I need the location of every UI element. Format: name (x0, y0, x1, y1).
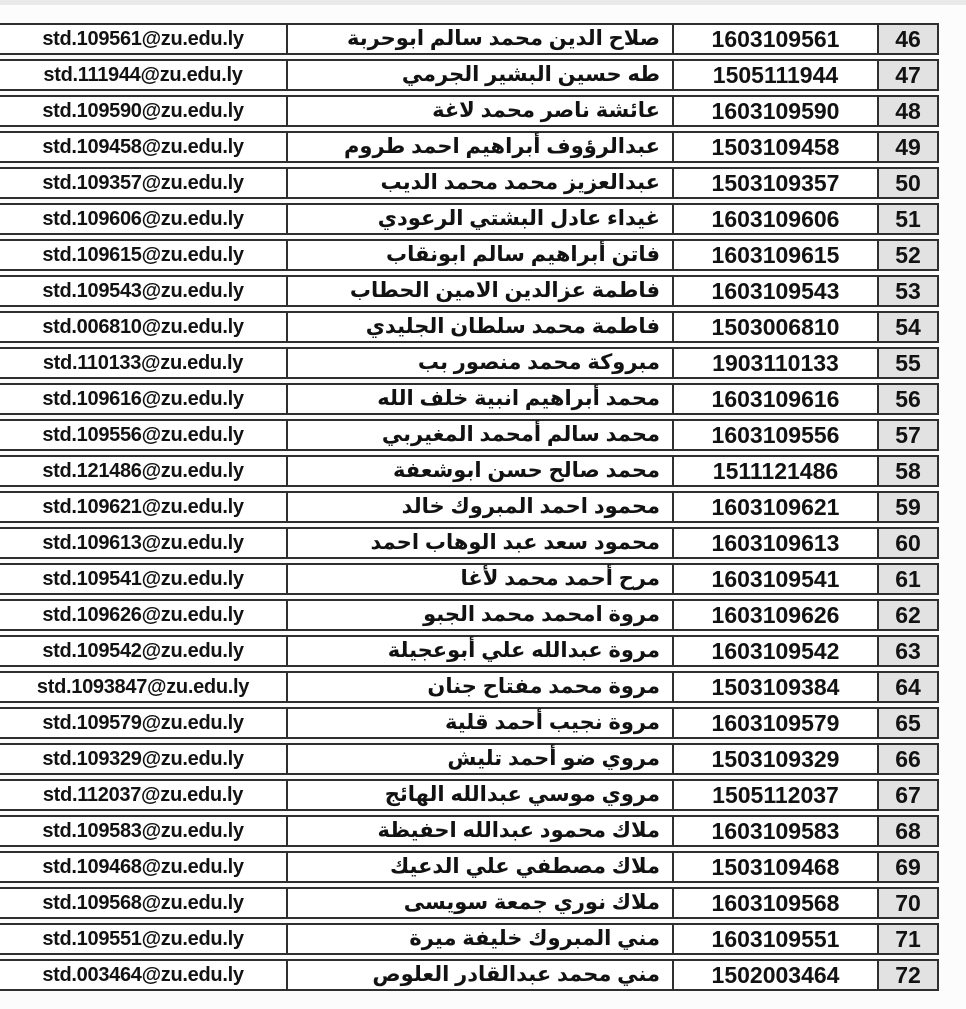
student-name-cell: مبروكة محمد منصور بب (286, 349, 672, 377)
row-number-cell: 65 (877, 709, 937, 737)
table-row: std.109542@zu.edu.ly مروة عبدالله علي أب… (0, 635, 939, 667)
student-name-cell: مروة عبدالله علي أبوعجيلة (286, 637, 672, 665)
student-email-cell: std.110133@zu.edu.ly (0, 349, 286, 377)
row-number-cell: 47 (877, 61, 937, 89)
table-row: std.109621@zu.edu.ly محمود احمد المبروك … (0, 491, 939, 523)
student-email-cell: std.109329@zu.edu.ly (0, 745, 286, 773)
row-number-cell: 49 (877, 133, 937, 161)
student-name-cell: مروة نجيب أحمد قلية (286, 709, 672, 737)
row-number-cell: 46 (877, 25, 937, 53)
table-row: std.109561@zu.edu.ly صلاح الدين محمد سال… (0, 23, 939, 55)
student-name-cell: محمد أبراهيم انبية خلف الله (286, 385, 672, 413)
row-number-cell: 68 (877, 817, 937, 845)
student-email-cell: std.109579@zu.edu.ly (0, 709, 286, 737)
student-name-cell: محمود احمد المبروك خالد (286, 493, 672, 521)
table-row: std.109329@zu.edu.ly مروي ضو أحمد تليش 1… (0, 743, 939, 775)
scanned-student-list-page: std.109561@zu.edu.ly صلاح الدين محمد سال… (0, 0, 966, 1009)
table-row: std.109568@zu.edu.ly ملاك نوري جمعة سويس… (0, 887, 939, 919)
student-email-cell: std.109615@zu.edu.ly (0, 241, 286, 269)
table-row: std.109615@zu.edu.ly فاتن أبراهيم سالم ا… (0, 239, 939, 271)
student-email-cell: std.109621@zu.edu.ly (0, 493, 286, 521)
table-row: std.109543@zu.edu.ly فاطمة عزالدين الامي… (0, 275, 939, 307)
student-id-cell: 1503109468 (672, 853, 877, 881)
table-row: std.109357@zu.edu.ly عبدالعزيز محمد محمد… (0, 167, 939, 199)
row-number-cell: 55 (877, 349, 937, 377)
row-number-cell: 63 (877, 637, 937, 665)
student-name-cell: ملاك مصطفي علي الدعيك (286, 853, 672, 881)
table-row: std.003464@zu.edu.ly مني محمد عبدالقادر … (0, 959, 939, 991)
table-row: std.109613@zu.edu.ly محمود سعد عبد الوها… (0, 527, 939, 559)
table-row: std.109468@zu.edu.ly ملاك مصطفي علي الدع… (0, 851, 939, 883)
student-email-cell: std.109556@zu.edu.ly (0, 421, 286, 449)
student-email-cell: std.109543@zu.edu.ly (0, 277, 286, 305)
row-number-cell: 67 (877, 781, 937, 809)
student-id-cell: 1603109583 (672, 817, 877, 845)
row-number-cell: 71 (877, 925, 937, 953)
row-number-cell: 50 (877, 169, 937, 197)
student-email-cell: std.109551@zu.edu.ly (0, 925, 286, 953)
row-number-cell: 69 (877, 853, 937, 881)
student-name-cell: مروة محمد مفتاح جنان (286, 673, 672, 701)
student-email-cell: std.109568@zu.edu.ly (0, 889, 286, 917)
row-number-cell: 58 (877, 457, 937, 485)
student-id-cell: 1503109329 (672, 745, 877, 773)
table-row: std.109616@zu.edu.ly محمد أبراهيم انبية … (0, 383, 939, 415)
student-email-cell: std.109458@zu.edu.ly (0, 133, 286, 161)
student-id-cell: 1503109458 (672, 133, 877, 161)
student-name-cell: ملاك نوري جمعة سويسى (286, 889, 672, 917)
student-name-cell: مني المبروك خليفة ميرة (286, 925, 672, 953)
student-name-cell: مني محمد عبدالقادر العلوص (286, 961, 672, 989)
student-id-cell: 1603109621 (672, 493, 877, 521)
student-email-cell: std.109616@zu.edu.ly (0, 385, 286, 413)
row-number-cell: 60 (877, 529, 937, 557)
student-email-cell: std.109357@zu.edu.ly (0, 169, 286, 197)
row-number-cell: 62 (877, 601, 937, 629)
row-number-cell: 61 (877, 565, 937, 593)
table-row: std.006810@zu.edu.ly فاطمة محمد سلطان ال… (0, 311, 939, 343)
student-id-cell: 1603109542 (672, 637, 877, 665)
table-row: std.109556@zu.edu.ly محمد سالم أمحمد الم… (0, 419, 939, 451)
student-email-cell: std.109583@zu.edu.ly (0, 817, 286, 845)
student-name-cell: محمد سالم أمحمد المغيربي (286, 421, 672, 449)
student-id-cell: 1603109615 (672, 241, 877, 269)
table-row: std.109590@zu.edu.ly عائشة ناصر محمد لاغ… (0, 95, 939, 127)
student-id-cell: 1603109606 (672, 205, 877, 233)
table-row: std.111944@zu.edu.ly طه حسين البشير الجر… (0, 59, 939, 91)
table-row: std.121486@zu.edu.ly محمد صالح حسن ابوشع… (0, 455, 939, 487)
table-row: std.1093847@zu.edu.ly مروة محمد مفتاح جن… (0, 671, 939, 703)
row-number-cell: 53 (877, 277, 937, 305)
row-number-cell: 72 (877, 961, 937, 989)
row-number-cell: 51 (877, 205, 937, 233)
student-id-cell: 1603109626 (672, 601, 877, 629)
student-email-cell: std.109626@zu.edu.ly (0, 601, 286, 629)
student-email-cell: std.109590@zu.edu.ly (0, 97, 286, 125)
student-id-cell: 1603109556 (672, 421, 877, 449)
student-name-cell: غيداء عادل البشتي الرعودي (286, 205, 672, 233)
row-number-cell: 57 (877, 421, 937, 449)
student-email-cell: std.121486@zu.edu.ly (0, 457, 286, 485)
student-email-cell: std.109468@zu.edu.ly (0, 853, 286, 881)
student-name-cell: فاتن أبراهيم سالم ابونقاب (286, 241, 672, 269)
student-email-cell: std.109613@zu.edu.ly (0, 529, 286, 557)
row-number-cell: 48 (877, 97, 937, 125)
student-email-cell: std.109561@zu.edu.ly (0, 25, 286, 53)
student-email-cell: std.111944@zu.edu.ly (0, 61, 286, 89)
row-number-cell: 70 (877, 889, 937, 917)
student-id-cell: 1603109613 (672, 529, 877, 557)
student-id-cell: 1603109543 (672, 277, 877, 305)
student-id-cell: 1603109551 (672, 925, 877, 953)
student-name-cell: مروة امحمد محمد الجبو (286, 601, 672, 629)
student-name-cell: مروي موسي عبدالله الهائج (286, 781, 672, 809)
table-row: std.109583@zu.edu.ly ملاك محمود عبدالله … (0, 815, 939, 847)
table-row: std.109579@zu.edu.ly مروة نجيب أحمد قلية… (0, 707, 939, 739)
student-id-cell: 1603109561 (672, 25, 877, 53)
student-email-cell: std.109606@zu.edu.ly (0, 205, 286, 233)
table-row: std.109626@zu.edu.ly مروة امحمد محمد الج… (0, 599, 939, 631)
top-crop-strip (0, 0, 966, 5)
student-id-cell: 1903110133 (672, 349, 877, 377)
student-id-cell: 1603109568 (672, 889, 877, 917)
row-number-cell: 59 (877, 493, 937, 521)
student-name-cell: عبدالعزيز محمد محمد الديب (286, 169, 672, 197)
student-id-cell: 1603109579 (672, 709, 877, 737)
table-row: std.109551@zu.edu.ly مني المبروك خليفة م… (0, 923, 939, 955)
student-name-cell: عبدالرؤوف أبراهيم احمد طروم (286, 133, 672, 161)
student-id-cell: 1603109541 (672, 565, 877, 593)
student-id-cell: 1511121486 (672, 457, 877, 485)
student-table: std.109561@zu.edu.ly صلاح الدين محمد سال… (0, 23, 939, 995)
student-name-cell: مروي ضو أحمد تليش (286, 745, 672, 773)
student-email-cell: std.109541@zu.edu.ly (0, 565, 286, 593)
student-id-cell: 1503109357 (672, 169, 877, 197)
row-number-cell: 66 (877, 745, 937, 773)
student-name-cell: محمود سعد عبد الوهاب احمد (286, 529, 672, 557)
student-email-cell: std.006810@zu.edu.ly (0, 313, 286, 341)
student-name-cell: صلاح الدين محمد سالم ابوحربة (286, 25, 672, 53)
student-name-cell: عائشة ناصر محمد لاغة (286, 97, 672, 125)
table-row: std.109541@zu.edu.ly مرح أحمد محمد لأغا … (0, 563, 939, 595)
student-id-cell: 1603109590 (672, 97, 877, 125)
student-id-cell: 1603109616 (672, 385, 877, 413)
student-name-cell: فاطمة عزالدين الامين الحطاب (286, 277, 672, 305)
student-id-cell: 1505112037 (672, 781, 877, 809)
student-email-cell: std.003464@zu.edu.ly (0, 961, 286, 989)
table-row: std.109458@zu.edu.ly عبدالرؤوف أبراهيم ا… (0, 131, 939, 163)
row-number-cell: 52 (877, 241, 937, 269)
student-id-cell: 1502003464 (672, 961, 877, 989)
table-row: std.112037@zu.edu.ly مروي موسي عبدالله ا… (0, 779, 939, 811)
row-number-cell: 56 (877, 385, 937, 413)
table-row: std.110133@zu.edu.ly مبروكة محمد منصور ب… (0, 347, 939, 379)
table-row: std.109606@zu.edu.ly غيداء عادل البشتي ا… (0, 203, 939, 235)
student-name-cell: طه حسين البشير الجرمي (286, 61, 672, 89)
row-number-cell: 54 (877, 313, 937, 341)
student-id-cell: 1503109384 (672, 673, 877, 701)
student-email-cell: std.112037@zu.edu.ly (0, 781, 286, 809)
student-id-cell: 1505111944 (672, 61, 877, 89)
row-number-cell: 64 (877, 673, 937, 701)
student-name-cell: محمد صالح حسن ابوشعفة (286, 457, 672, 485)
student-email-cell: std.1093847@zu.edu.ly (0, 673, 286, 701)
student-id-cell: 1503006810 (672, 313, 877, 341)
student-name-cell: ملاك محمود عبدالله احفيظة (286, 817, 672, 845)
student-name-cell: مرح أحمد محمد لأغا (286, 565, 672, 593)
student-name-cell: فاطمة محمد سلطان الجليدي (286, 313, 672, 341)
student-email-cell: std.109542@zu.edu.ly (0, 637, 286, 665)
